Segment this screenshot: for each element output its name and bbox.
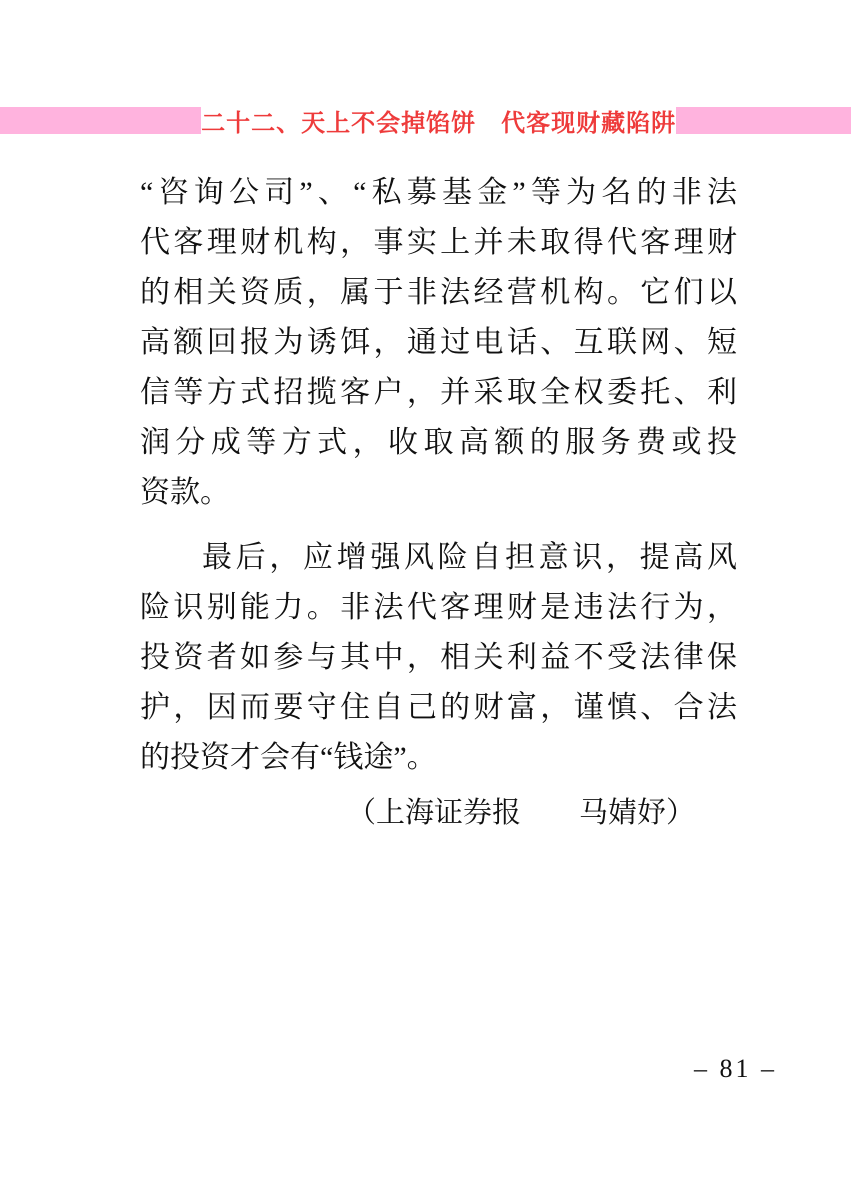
text-line: 的相关资质，属于非法经营机构。它们以 xyxy=(140,268,737,318)
chapter-title: 二十二、天上不会掉馅饼 代客现财藏陷阱 xyxy=(201,103,676,138)
text-line: 代客理财机构，事实上并未取得代客理财 xyxy=(140,218,737,268)
book-page: 二十二、天上不会掉馅饼 代客现财藏陷阱 “咨询公司”、“私募基金”等为名的非法 … xyxy=(0,0,851,1189)
text-line: 投资者如参与其中，相关利益不受法律保 xyxy=(140,633,737,683)
text-line: 的投资才会有“钱途”。 xyxy=(140,733,737,783)
chapter-header: 二十二、天上不会掉馅饼 代客现财藏陷阱 xyxy=(0,106,851,134)
paragraph-2: 最后，应增强风险自担意识，提高风 险识别能力。非法代客理财是违法行为， 投资者如… xyxy=(140,533,737,783)
text-line: 险识别能力。非法代客理财是违法行为， xyxy=(140,583,737,633)
text-line: 最后，应增强风险自担意识，提高风 xyxy=(140,533,737,583)
text-line: “咨询公司”、“私募基金”等为名的非法 xyxy=(140,168,737,218)
text-line: 资款。 xyxy=(140,468,737,518)
header-bar-left xyxy=(0,107,201,134)
paragraph-1: “咨询公司”、“私募基金”等为名的非法 代客理财机构，事实上并未取得代客理财 的… xyxy=(140,168,737,518)
text-line: 润分成等方式，收取高额的服务费或投 xyxy=(140,418,737,468)
header-bar-right xyxy=(676,107,851,134)
page-number: – 81 – xyxy=(694,1054,777,1084)
text-line: 信等方式招揽客户，并采取全权委托、利 xyxy=(140,368,737,418)
body-text: “咨询公司”、“私募基金”等为名的非法 代客理财机构，事实上并未取得代客理财 的… xyxy=(140,168,737,838)
source-attribution: （上海证券报 马婧妤） xyxy=(140,788,737,838)
text-line: 护，因而要守住自己的财富，谨慎、合法 xyxy=(140,683,737,733)
text-line: 高额回报为诱饵，通过电话、互联网、短 xyxy=(140,318,737,368)
